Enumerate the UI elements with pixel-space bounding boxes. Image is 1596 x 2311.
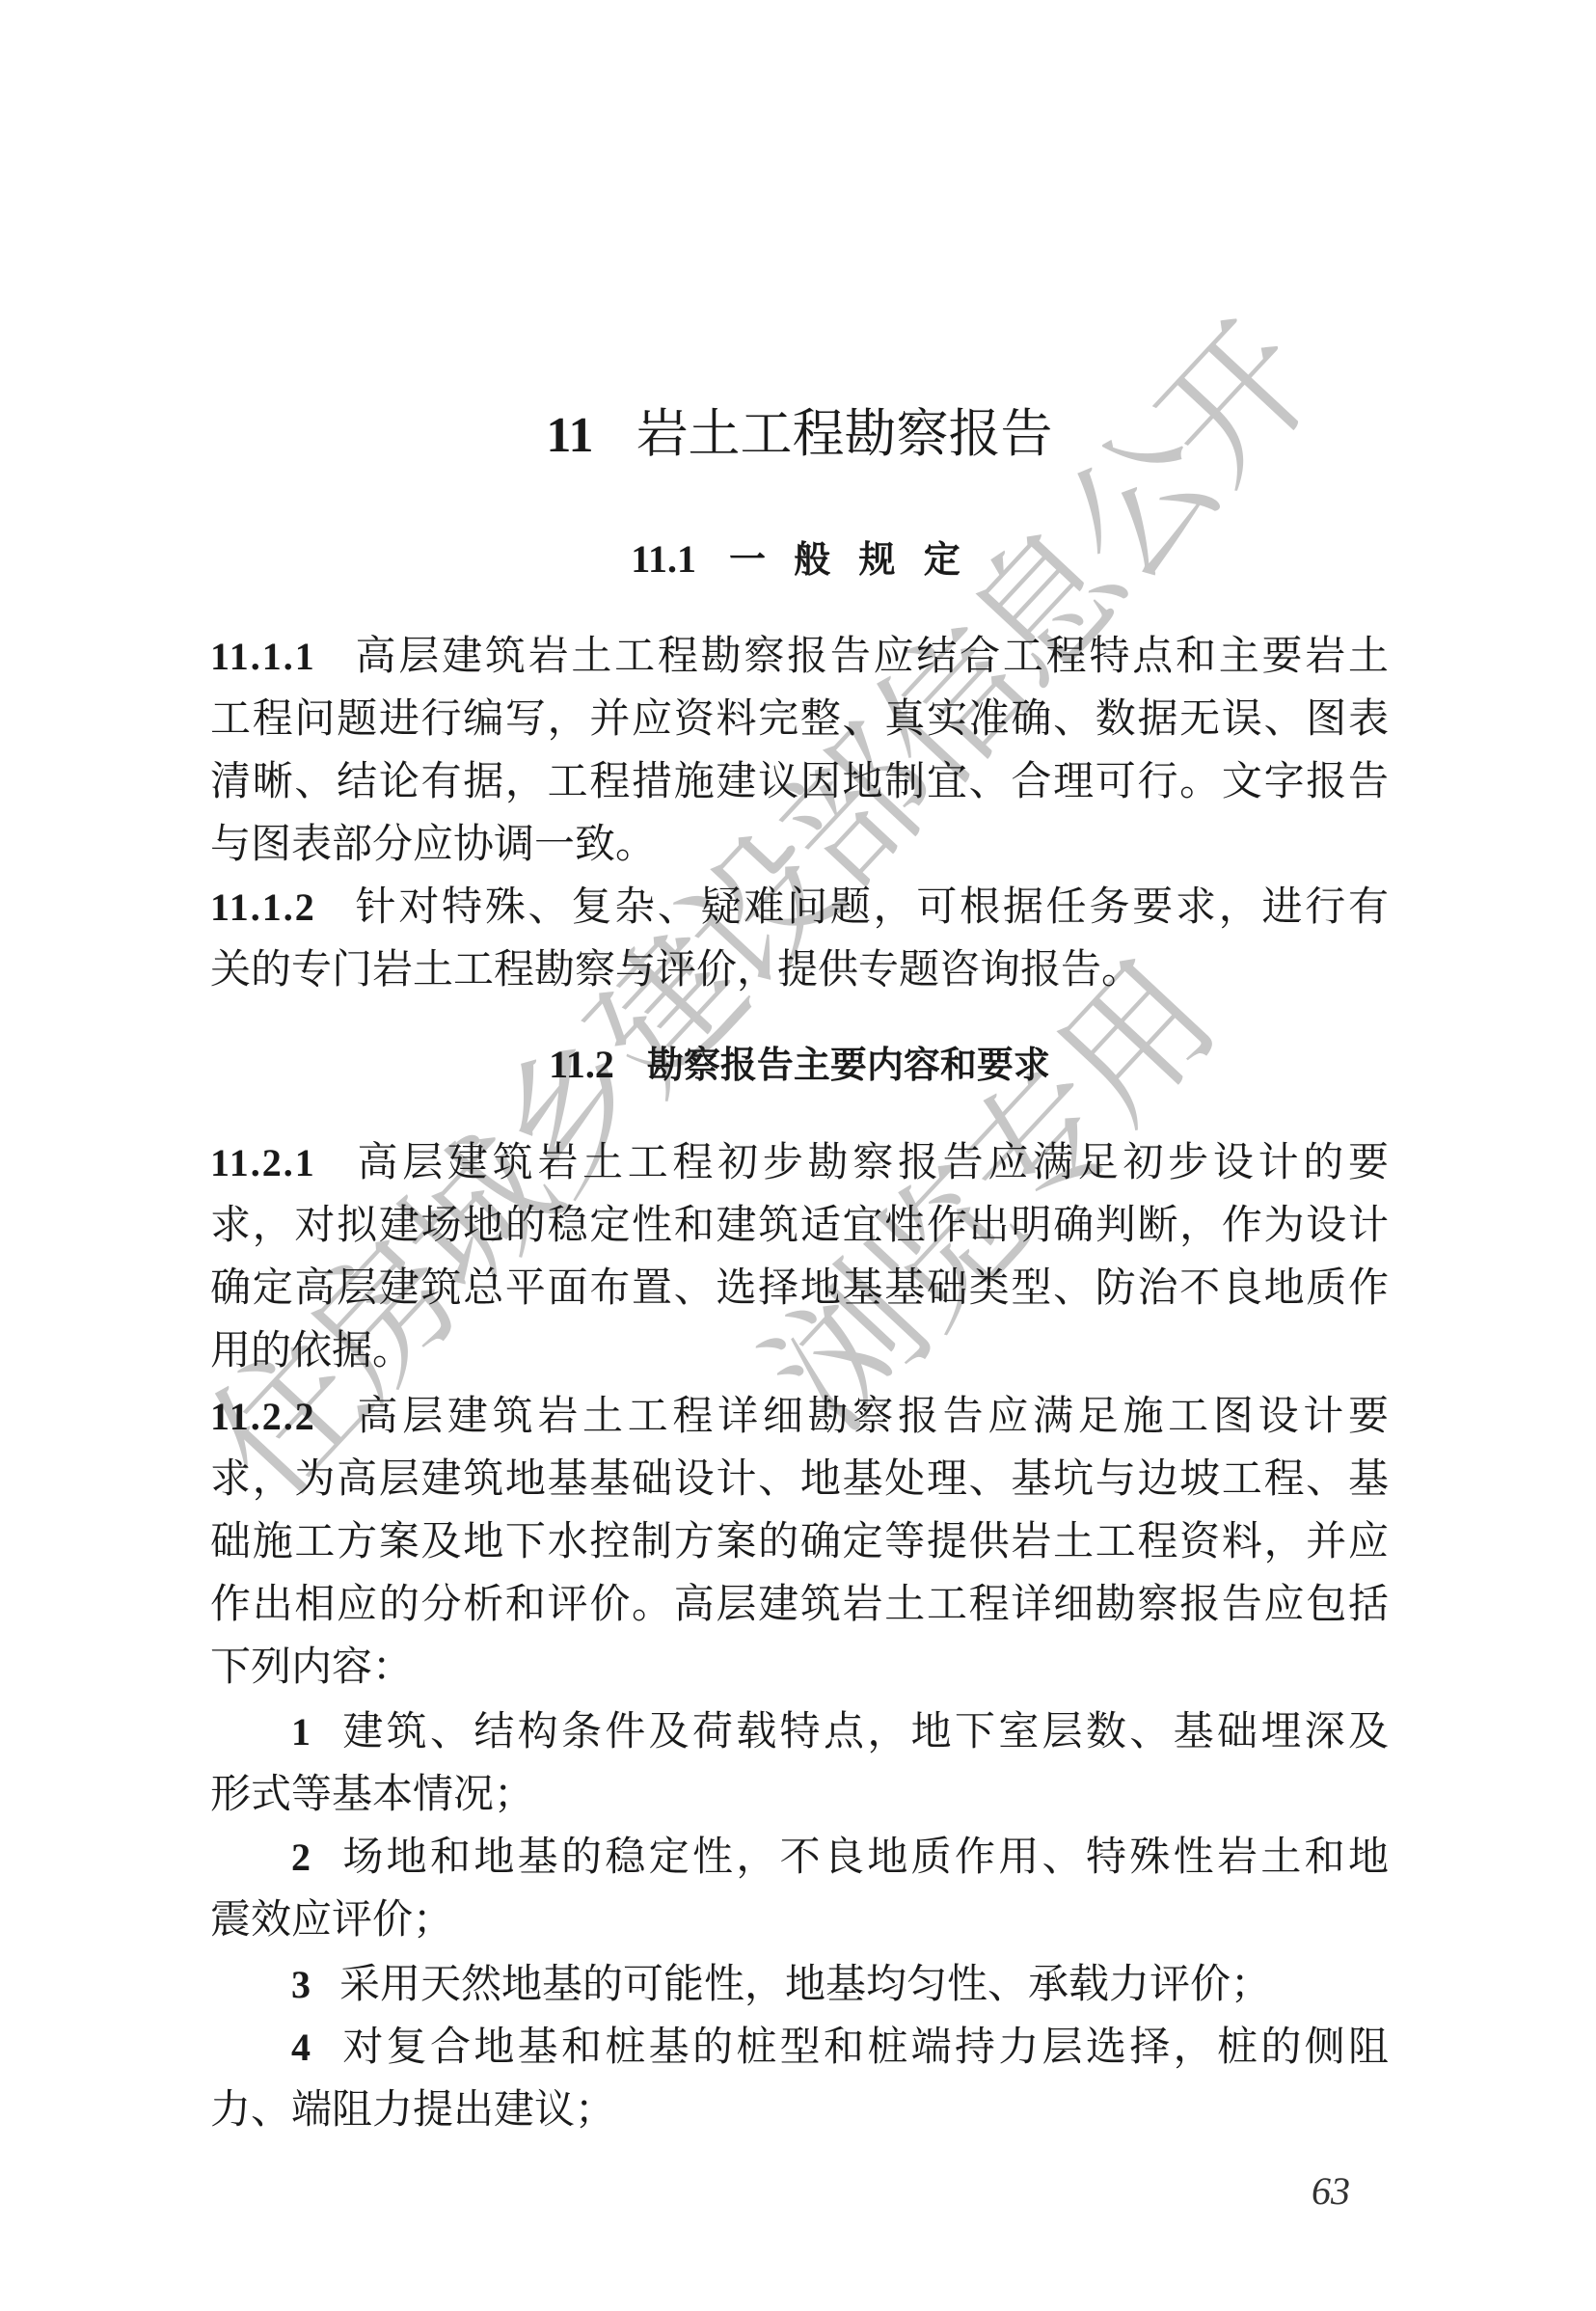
clause-11-1-1-line-2: 工程问题进行编写，并应资料完整、真实准确、数据无误、图表 [210,690,1389,748]
clause-11-2-2-line-4: 作出相应的分析和评价。高层建筑岩土工程详细勘察报告应包括 [210,1575,1389,1633]
list-item-2-line-1: 2场地和地基的稳定性，不良地质作用、特殊性岩土和地 [210,1828,1389,1886]
section-title-text: 勘察报告主要内容和要求 [647,1044,1050,1086]
clause-text: 高层建筑岩土工程详细勘察报告应满足施工图设计要 [353,1392,1389,1439]
list-item-4-line-2: 力、端阻力提出建议； [210,2080,1389,2138]
clause-11-2-1-line-1: 11.2.1高层建筑岩土工程初步勘察报告应满足初步设计的要 [210,1133,1389,1191]
clause-text: 高层建筑岩土工程勘察报告应结合工程特点和主要岩土 [353,632,1389,679]
clause-number: 11.1.1 [210,635,316,678]
section-title-text: 一 般 规 定 [729,538,968,581]
clause-11-1-2-line-1: 11.1.2针对特殊、复杂、疑难问题，可根据任务要求，进行有 [210,878,1389,936]
clause-11-2-2-line-5: 下列内容： [210,1638,1389,1696]
clause-11-2-1-line-3: 确定高层建筑总平面布置、选择地基基础类型、防治不良地质作 [210,1259,1389,1317]
document-page: 住房城乡建设部信息公开 浏览专用 11岩土工程勘察报告 11.1一 般 规 定 … [0,0,1596,2311]
section-title-11-1: 11.1一 般 规 定 [210,536,1389,583]
list-item-number: 1 [291,1710,311,1754]
clause-11-1-1-line-3: 清晰、结论有据，工程措施建议因地制宜、合理可行。文字报告 [210,752,1389,810]
clause-number: 11.2.2 [210,1395,316,1438]
section-number: 11.1 [631,537,696,581]
section-title-11-2: 11.2勘察报告主要内容和要求 [210,1042,1389,1088]
list-item-4-line-1: 4对复合地基和桩基的桩型和桩端持力层选择，桩的侧阻 [210,2018,1389,2076]
list-item-1-line-2: 形式等基本情况； [210,1765,1389,1823]
list-item-1-line-1: 1建筑、结构条件及荷载特点，地下室层数、基础埋深及 [210,1702,1389,1760]
clause-number: 11.1.2 [210,885,316,929]
list-item-number: 4 [291,2026,311,2069]
clause-11-1-2-line-2: 关的专门岩土工程勘察与评价，提供专题咨询报告。 [210,940,1389,998]
clause-text: 针对特殊、复杂、疑难问题，可根据任务要求，进行有 [353,883,1389,930]
list-item-text: 对复合地基和桩基的桩型和桩端持力层选择，桩的侧阻 [339,2023,1389,2070]
chapter-title: 11岩土工程勘察报告 [210,403,1389,467]
clause-11-1-1-line-4: 与图表部分应协调一致。 [210,815,1389,873]
list-item-text: 采用天然地基的可能性，地基均匀性、承载力评价； [339,1960,1271,2007]
clause-text: 高层建筑岩土工程初步勘察报告应满足初步设计的要 [353,1138,1389,1185]
chapter-number: 11 [546,408,593,463]
clause-11-2-2-line-1: 11.2.2高层建筑岩土工程详细勘察报告应满足施工图设计要 [210,1387,1389,1445]
clause-11-2-2-line-2: 求，为高层建筑地基基础设计、地基处理、基坑与边坡工程、基 [210,1450,1389,1508]
clause-11-2-1-line-2: 求，对拟建场地的稳定性和建筑适宜性作出明确判断，作为设计 [210,1196,1389,1254]
chapter-title-text: 岩土工程勘察报告 [636,403,1053,464]
list-item-number: 2 [291,1835,311,1879]
clause-number: 11.2.1 [210,1141,316,1184]
page-number: 63 [1312,2168,1350,2214]
list-item-3-line-1: 3采用天然地基的可能性，地基均匀性、承载力评价； [210,1955,1389,2013]
list-item-2-line-2: 震效应评价； [210,1890,1389,1948]
section-number: 11.2 [549,1043,614,1086]
list-item-number: 3 [291,1963,311,2006]
list-item-text: 建筑、结构条件及荷载特点，地下室层数、基础埋深及 [339,1707,1389,1754]
clause-11-1-1-line-1: 11.1.1高层建筑岩土工程勘察报告应结合工程特点和主要岩土 [210,627,1389,685]
clause-11-2-2-line-3: 础施工方案及地下水控制方案的确定等提供岩土工程资料，并应 [210,1512,1389,1570]
list-item-text: 场地和地基的稳定性，不良地质作用、特殊性岩土和地 [339,1833,1389,1880]
clause-11-2-1-line-4: 用的依据。 [210,1321,1389,1379]
